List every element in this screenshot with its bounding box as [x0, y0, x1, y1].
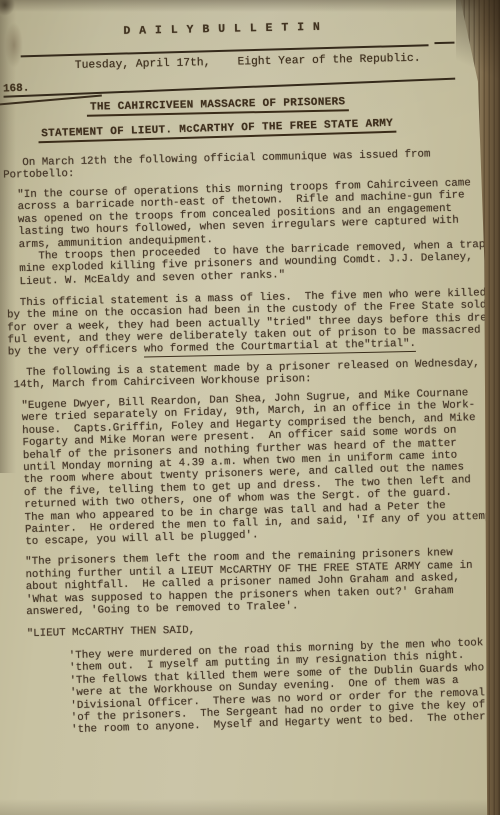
photographed-document-page: 168. D A I L Y B U L L E T I N Tuesday, …	[0, 0, 500, 815]
binding-dark-corner	[0, 0, 15, 16]
headline: THE CAHIRCIVEEN MASSACRE OF PRISONERS	[87, 96, 349, 117]
page-bottom-shadow	[0, 799, 500, 815]
paragraph-rebuttal: This official statement is a mass of lie…	[7, 287, 493, 359]
paragraph-statement-body-2: "The prisoners them left the room and th…	[25, 547, 498, 619]
paragraph-statement-intro: The following is a statement made by a p…	[13, 357, 493, 392]
page-top-shadow	[0, 0, 500, 12]
subheadline: STATEMENT OF LIEUT. McCARTHY OF THE FREE…	[38, 118, 396, 144]
paragraph-mccarthy-quote: 'They were murdered on the road this mor…	[69, 637, 500, 737]
subheadline-row: STATEMENT OF LIEUT. McCARTHY OF THE FREE…	[38, 118, 488, 143]
paragraph-communique-body: "In the course of operations this mornin…	[17, 177, 491, 289]
book-page-edge-shadow	[456, 0, 500, 95]
book-gutter-shadow	[0, 0, 16, 473]
paragraph-mccarthy-lead: "LIEUT McCARTHY THEN SAID,	[27, 619, 499, 641]
masthead-title: D A I L Y B U L L E T I N	[0, 19, 458, 41]
paper-smudge	[5, 22, 23, 68]
paragraph-communique-intro: On March 12th the following official com…	[3, 147, 489, 182]
paragraph-statement-body-1: "Eugene Dwyer, Bill Reardon, Dan Shea, J…	[21, 386, 497, 548]
typewritten-sheet: D A I L Y B U L L E T I N Tuesday, April…	[14, 14, 500, 737]
